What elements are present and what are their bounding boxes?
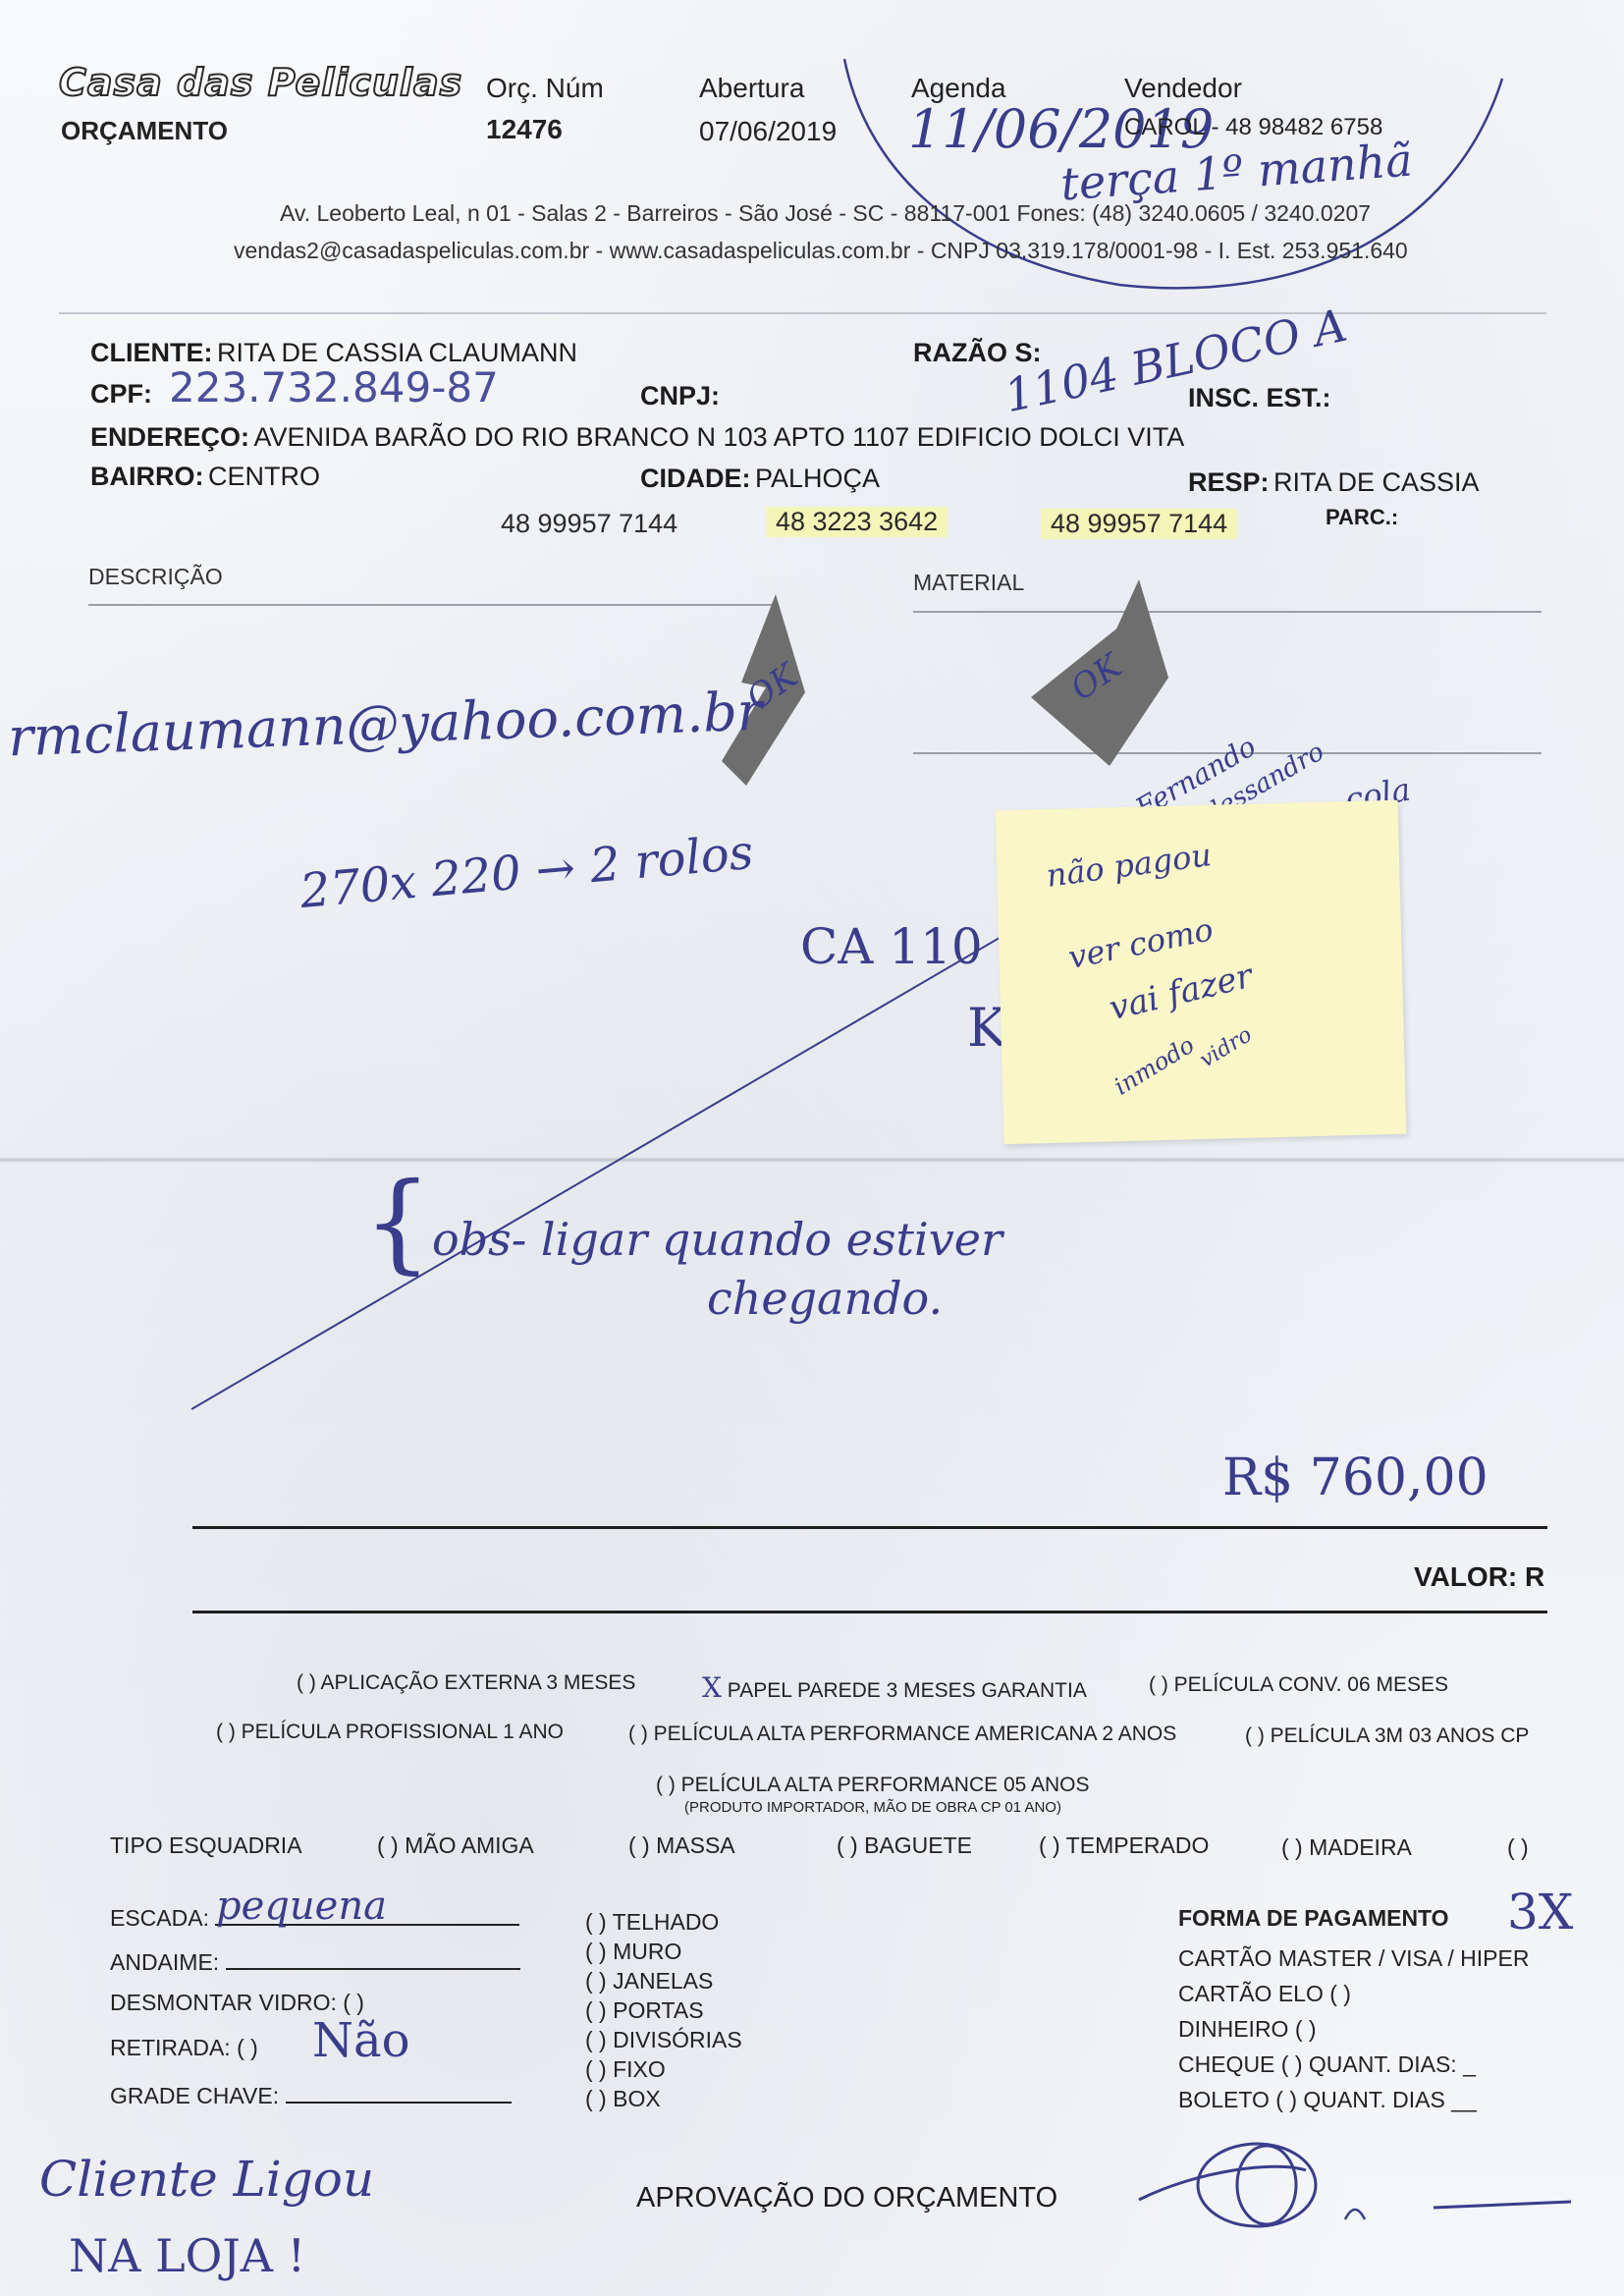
location-janelas[interactable]: ( ) JANELAS	[585, 1966, 742, 1995]
payment-title: FORMA DE PAGAMENTO	[1178, 1905, 1449, 1932]
esquadria-other[interactable]: ( )	[1507, 1834, 1529, 1861]
esquadria-massa[interactable]: ( ) MASSA	[628, 1832, 735, 1859]
option-papel-parede-label: PAPEL PAREDE 3 MESES GARANTIA	[728, 1679, 1087, 1702]
approval-label: APROVAÇÃO DO ORÇAMENTO	[636, 2182, 1057, 2214]
payment-cheque[interactable]: CHEQUE ( ) QUANT. DIAS: _	[1178, 2047, 1529, 2082]
parc-label: PARC.:	[1326, 505, 1398, 530]
obs-brace: {	[363, 1159, 432, 1285]
grade-chave-field[interactable]: GRADE CHAVE:	[110, 2078, 512, 2109]
option-pelicula-alta-05[interactable]: ( ) PELÍCULA ALTA PERFORMANCE 05 ANOS	[656, 1774, 1090, 1797]
valor-bottom-rule	[192, 1611, 1547, 1613]
bairro-field: BAIRRO: CENTRO	[90, 462, 320, 492]
cidade-label: CIDADE:	[640, 464, 751, 493]
bairro-value: CENTRO	[208, 462, 320, 491]
price-handwritten: R$ 760,00	[1222, 1449, 1489, 1507]
option-pelicula-americana[interactable]: ( ) PELÍCULA ALTA PERFORMANCE AMERICANA …	[628, 1722, 1176, 1746]
phone-3: 48 99957 7144	[1041, 509, 1237, 539]
payment-cartao-elo[interactable]: CARTÃO ELO ( )	[1178, 1976, 1529, 2011]
location-box[interactable]: ( ) BOX	[585, 2084, 742, 2113]
option-aplicacao-externa[interactable]: ( ) APLICAÇÃO EXTERNA 3 MESES	[297, 1671, 635, 1695]
diagonal-strike-line	[187, 923, 1021, 1414]
escada-handwritten: pequena	[216, 1884, 387, 1929]
bairro-label: BAIRRO:	[90, 462, 204, 491]
razao-label: RAZÃO S:	[913, 338, 1042, 368]
sticky-line-4: inmodo	[1110, 1031, 1200, 1101]
orc-num-value: 12476	[486, 114, 563, 145]
endereco-label: ENDEREÇO:	[90, 422, 249, 452]
resp-value: RITA DE CASSIA	[1273, 467, 1480, 497]
cidade-value: PALHOÇA	[755, 464, 880, 493]
option-pelicula-3m[interactable]: ( ) PELÍCULA 3M 03 ANOS CP	[1245, 1724, 1529, 1748]
insc-est-label: INSC. EST.:	[1188, 383, 1331, 413]
esquadria-temperado[interactable]: ( ) TEMPERADO	[1039, 1832, 1209, 1859]
escada-label: ESCADA:	[110, 1905, 209, 1931]
grade-chave-input-line[interactable]	[286, 2078, 512, 2104]
sticky-line-3: vai fazer	[1106, 957, 1257, 1029]
brand-logo: Casa das Peliculas	[59, 61, 462, 104]
phone-1: 48 99957 7144	[501, 509, 677, 539]
payment-options: CARTÃO MASTER / VISA / HIPER CARTÃO ELO …	[1178, 1941, 1529, 2117]
orc-num-label: Orç. Núm	[486, 73, 604, 104]
abertura-label: Abertura	[699, 73, 804, 104]
resp-field: RESP: RITA DE CASSIA	[1188, 467, 1480, 498]
locations-list: ( ) TELHADO ( ) MURO ( ) JANELAS ( ) POR…	[585, 1907, 742, 2113]
cidade-field: CIDADE: PALHOÇA	[640, 464, 880, 494]
material-label: MATERIAL	[913, 570, 1024, 596]
esquadria-madeira[interactable]: ( ) MADEIRA	[1281, 1834, 1412, 1861]
payment-dinheiro[interactable]: DINHEIRO ( )	[1178, 2011, 1529, 2047]
endereco-field: ENDEREÇO: AVENIDA BARÃO DO RIO BRANCO N …	[90, 422, 1184, 453]
cpf-handwritten: 223.732.849-87	[169, 363, 499, 411]
desmontar-vidro-option[interactable]: DESMONTAR VIDRO: ( )	[110, 1990, 364, 2016]
option-pelicula-conv[interactable]: ( ) PELÍCULA CONV. 06 MESES	[1149, 1673, 1448, 1697]
sticky-line-5: vidro	[1196, 1022, 1257, 1072]
material-rule	[913, 611, 1542, 613]
obs-line-2: chegando.	[707, 1272, 943, 1325]
handwritten-circle-mark	[825, 39, 1532, 314]
signature-mark	[1119, 2131, 1591, 2249]
location-fixo[interactable]: ( ) FIXO	[585, 2054, 742, 2084]
obs-line-1: obs- ligar quando estiver	[432, 1213, 1002, 1266]
andaime-label: ANDAIME:	[110, 1949, 219, 1975]
location-portas[interactable]: ( ) PORTAS	[585, 1995, 742, 2025]
cpf-label: CPF:	[90, 379, 152, 410]
option-pelicula-profissional[interactable]: ( ) PELÍCULA PROFISSIONAL 1 ANO	[216, 1721, 564, 1744]
phone-2: 48 3223 3642	[766, 507, 947, 537]
endereco-value: AVENIDA BARÃO DO RIO BRANCO N 103 APTO 1…	[253, 422, 1184, 452]
footer-note-1: Cliente Ligou	[39, 2151, 374, 2208]
option-papel-parede[interactable]: X PAPEL PAREDE 3 MESES GARANTIA	[702, 1671, 1087, 1704]
cnpj-label: CNPJ:	[640, 381, 720, 411]
doc-type: ORÇAMENTO	[61, 116, 228, 146]
option-pelicula-alta-05-note: (PRODUTO IMPORTADOR, MÃO DE OBRA CP 01 A…	[684, 1799, 1061, 1816]
grade-chave-label: GRADE CHAVE:	[110, 2083, 279, 2108]
installments-handwritten: 3X	[1507, 1884, 1573, 1941]
andaime-input-line[interactable]	[226, 1944, 520, 1970]
descricao-rule	[88, 604, 776, 606]
payment-cartao-master[interactable]: CARTÃO MASTER / VISA / HIPER	[1178, 1941, 1529, 1976]
location-muro[interactable]: ( ) MURO	[585, 1937, 742, 1966]
sticky-note: não pagou ver como vai fazer inmodo vidr…	[996, 800, 1407, 1145]
andaime-field[interactable]: ANDAIME:	[110, 1944, 520, 1976]
sticky-line-2: ver como	[1065, 910, 1217, 976]
sticky-line-1: não pagou	[1044, 836, 1214, 895]
company-address: Av. Leoberto Leal, n 01 - Salas 2 - Barr…	[280, 200, 1371, 227]
esquadria-mao-amiga[interactable]: ( ) MÃO AMIGA	[377, 1832, 534, 1859]
checked-x-mark: X	[702, 1671, 722, 1704]
valor-top-rule	[192, 1526, 1547, 1529]
retirada-option[interactable]: RETIRADA: ( )	[110, 2035, 258, 2061]
descricao-label: DESCRIÇÃO	[88, 564, 223, 590]
footer-note-2: NA LOJA !	[69, 2229, 305, 2282]
esquadria-label: TIPO ESQUADRIA	[110, 1832, 302, 1859]
company-contact: vendas2@casadaspeliculas.com.br - www.ca…	[234, 238, 1408, 264]
payment-boleto[interactable]: BOLETO ( ) QUANT. DIAS __	[1178, 2082, 1529, 2117]
location-divisorias[interactable]: ( ) DIVISÓRIAS	[585, 2025, 742, 2054]
location-telhado[interactable]: ( ) TELHADO	[585, 1907, 742, 1937]
resp-label: RESP:	[1188, 467, 1270, 497]
retirada-handwritten: Não	[312, 2013, 410, 2068]
esquadria-baguete[interactable]: ( ) BAGUETE	[837, 1832, 972, 1859]
valor-label: VALOR: R	[1414, 1561, 1544, 1593]
abertura-value: 07/06/2019	[699, 116, 837, 147]
